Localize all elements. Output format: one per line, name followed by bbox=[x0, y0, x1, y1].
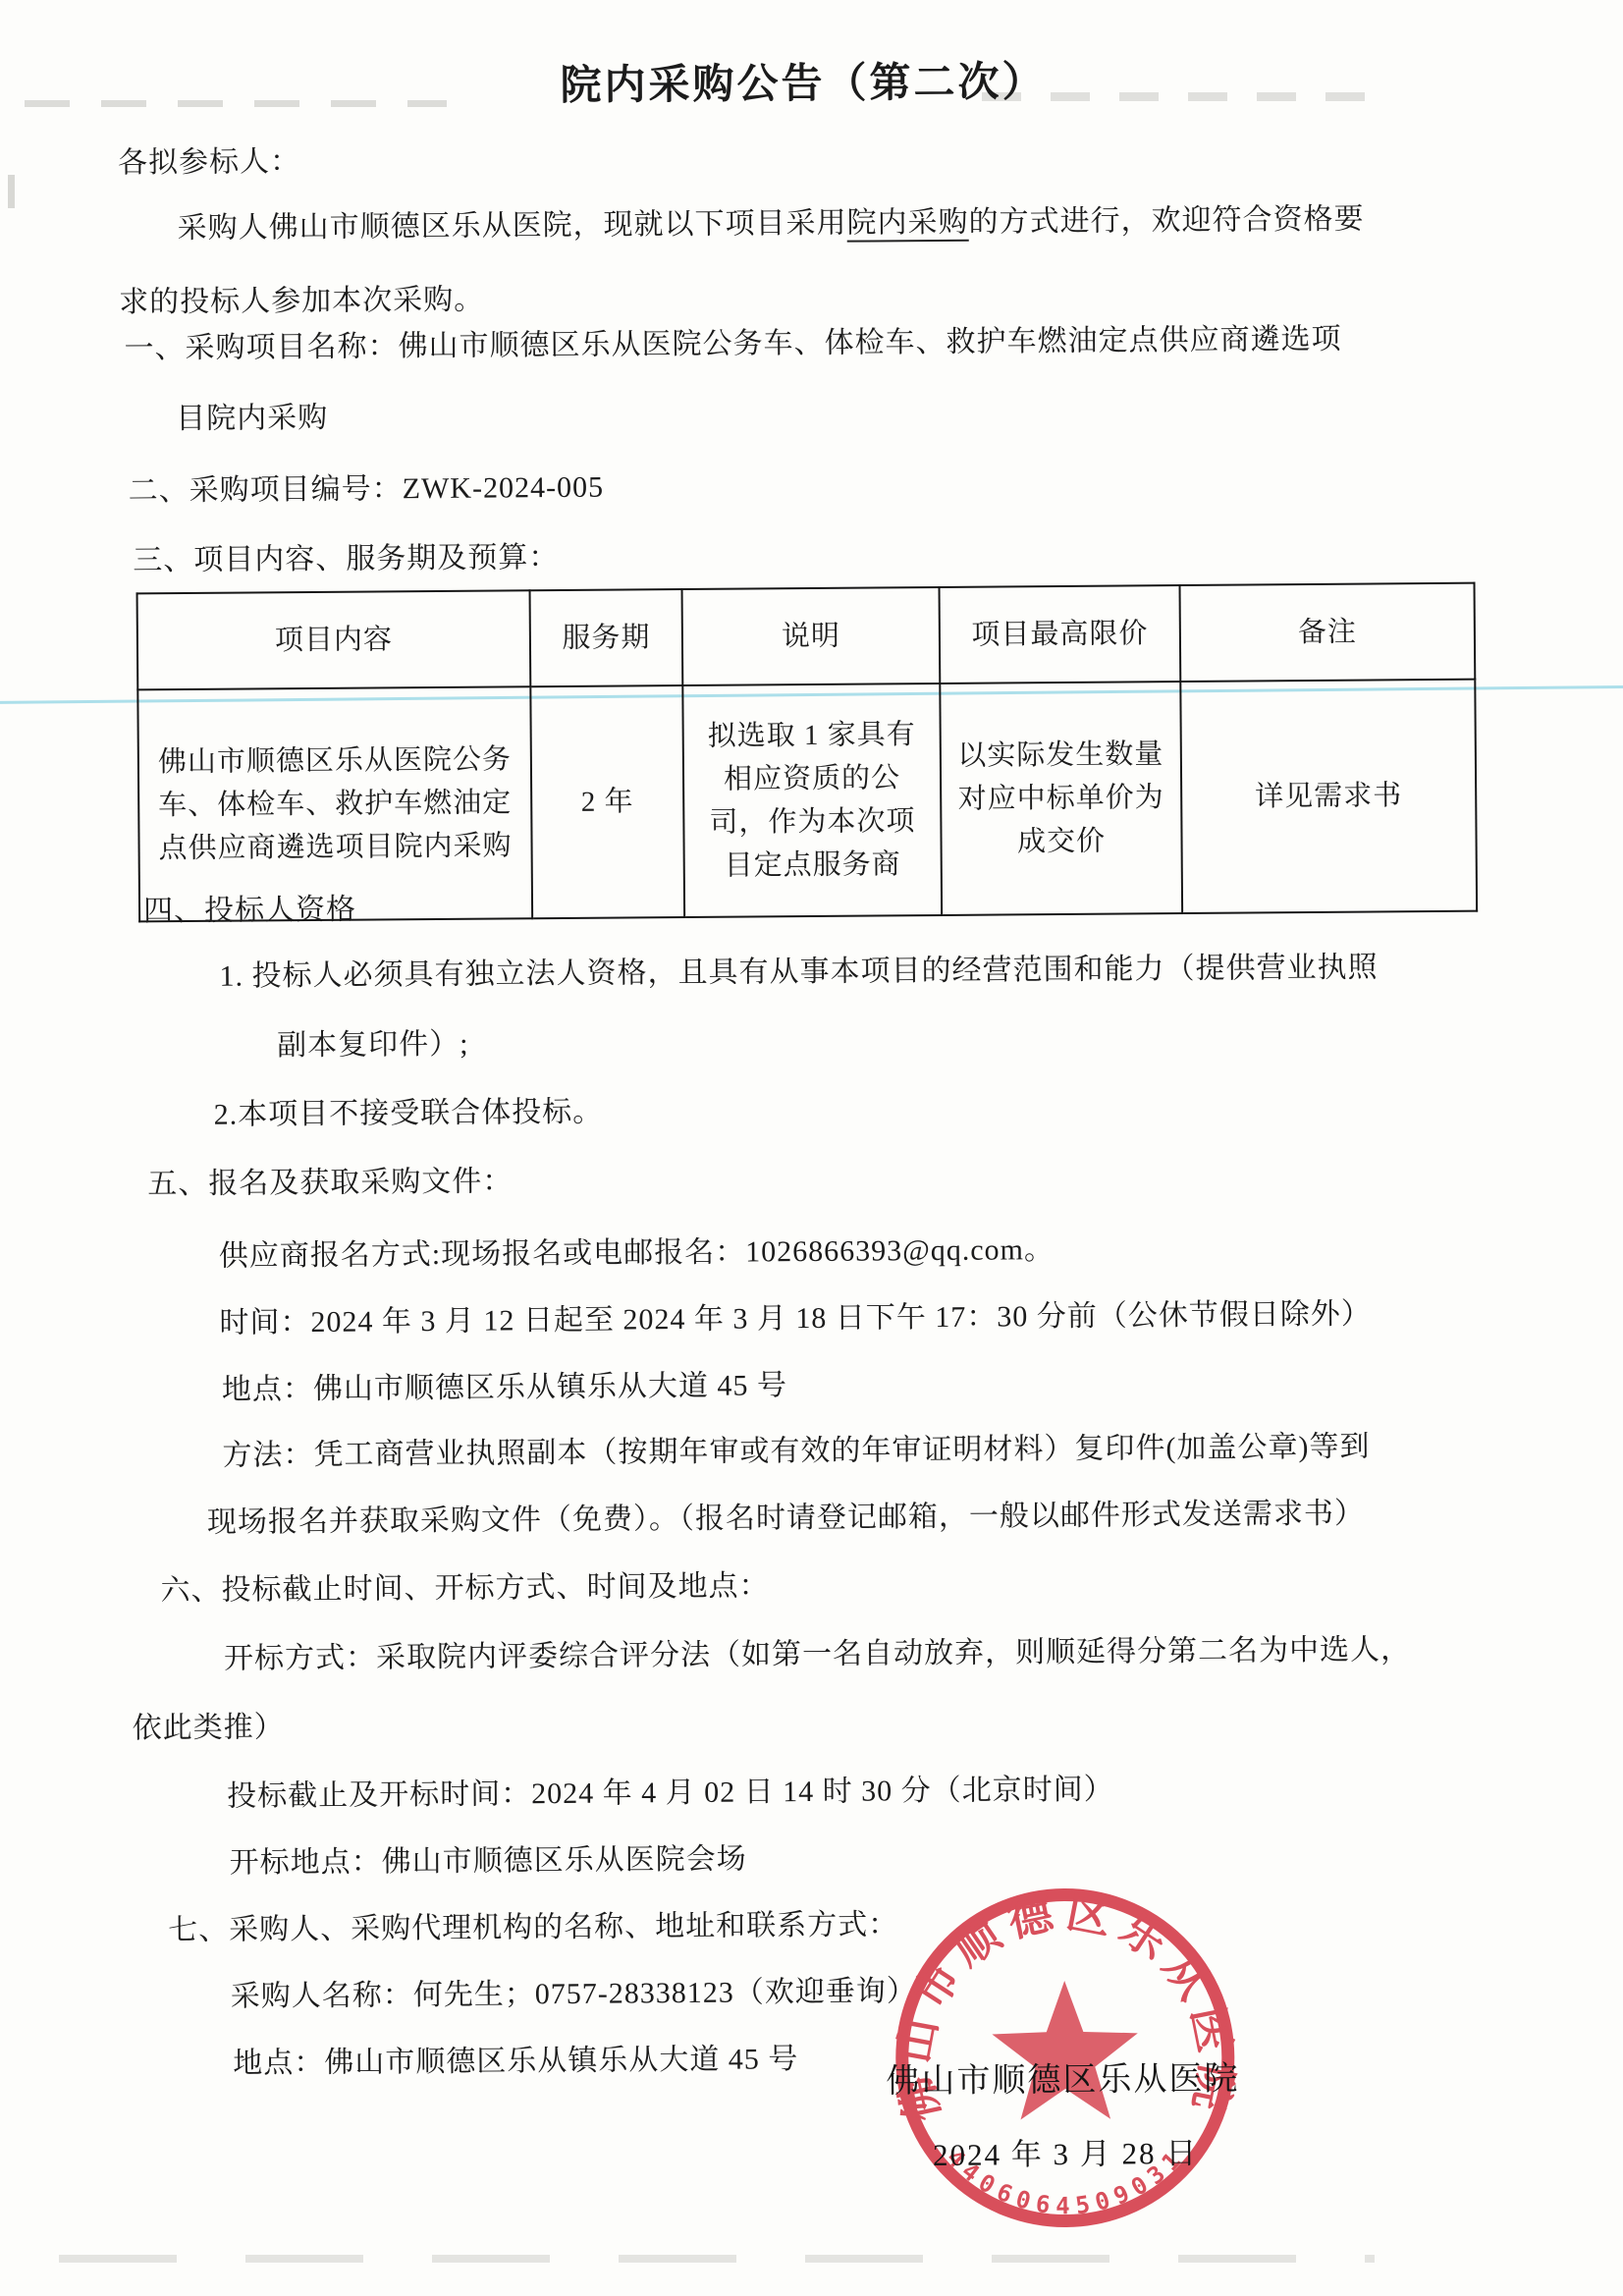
section4-item1-line-1: 1. 投标人必须具有独立法人资格，且具有从事本项目的经营范围和能力（提供营业执照 bbox=[219, 950, 1378, 994]
table-cell-max-price: 以实际发生数量对应中标单价为成交价 bbox=[940, 682, 1182, 915]
table-header-max-price: 项目最高限价 bbox=[940, 585, 1181, 683]
section1-line-2: 目院内采购 bbox=[176, 401, 328, 437]
section5-heading: 五、报名及获取采购文件： bbox=[147, 1164, 513, 1202]
section7-line-1: 采购人名称：何先生；0757-28338123（欢迎垂询） bbox=[231, 1974, 917, 2014]
table-cell-description: 拟选取 1 家具有相应资质的公司，作为本次项目定点服务商 bbox=[682, 683, 942, 917]
section4-heading: 四、投标人资格 bbox=[143, 893, 356, 930]
document-page: 院内采购公告（第二次） 各拟参标人： 采购人佛山市顺德区乐从医院，现就以下项目采… bbox=[0, 0, 1623, 2296]
section2-line: 二、采购项目编号：ZWK-2024-005 bbox=[129, 470, 605, 510]
section4-item1-line-2: 副本复印件）; bbox=[277, 1027, 469, 1065]
section6-line-2: 依此类推） bbox=[132, 1710, 284, 1746]
section5-line-5: 现场报名并获取采购文件（免费）。（报名时请登记邮箱，一般以邮件形式发送需求书） bbox=[207, 1497, 1365, 1541]
intro-line-2: 求的投标人参加本次采购。 bbox=[119, 283, 484, 321]
table-header-row: 项目内容 服务期 说明 项目最高限价 备注 bbox=[137, 583, 1476, 690]
salutation-line: 各拟参标人： bbox=[118, 144, 300, 181]
section5-line-3: 地点：佛山市顺德区乐从镇乐从大道 45 号 bbox=[222, 1368, 787, 1408]
table-cell-service-period: 2 年 bbox=[530, 685, 684, 918]
section3-line: 三、项目内容、服务期及预算： bbox=[133, 540, 559, 578]
project-spec-table: 项目内容 服务期 说明 项目最高限价 备注 佛山市顺德区乐从医院公务车、体检车、… bbox=[136, 582, 1479, 923]
intro-suffix: 的方式进行，欢迎符合资格要 bbox=[968, 203, 1364, 239]
section7-line-2: 地点：佛山市顺德区乐从镇乐从大道 45 号 bbox=[233, 2042, 798, 2082]
section1-line-1: 一、采购项目名称：佛山市顺德区乐从医院公务车、体检车、救护车燃油定点供应商遴选项 bbox=[124, 322, 1341, 367]
table-header-description: 说明 bbox=[682, 587, 941, 685]
section6-line-4: 开标地点：佛山市顺德区乐从医院会场 bbox=[230, 1842, 747, 1882]
section5-line-1: 供应商报名方式:现场报名或电邮报名：1026866393@qq.com。 bbox=[219, 1232, 1055, 1275]
section6-heading: 六、投标截止时间、开标方式、时间及地点： bbox=[160, 1568, 769, 1609]
document-sheet: 院内采购公告（第二次） 各拟参标人： 采购人佛山市顺德区乐从医院，现就以下项目采… bbox=[0, 0, 1623, 2296]
page-title: 院内采购公告（第二次） bbox=[0, 45, 1615, 117]
table-header-content: 项目内容 bbox=[137, 590, 531, 689]
section4-item2: 2.本项目不接受联合体投标。 bbox=[214, 1095, 604, 1133]
section6-line-1: 开标方式：采取院内评委综合评分法（如第一名自动放弃，则顺延得分第二名为中选人， bbox=[224, 1632, 1411, 1676]
table-header-remark: 备注 bbox=[1180, 583, 1476, 682]
intro-line-1: 采购人佛山市顺德区乐从医院，现就以下项目采用院内采购的方式进行，欢迎符合资格要 bbox=[177, 202, 1364, 246]
table-row: 佛山市顺德区乐从医院公务车、体检车、救护车燃油定点供应商遴选项目院内采购 2 年… bbox=[137, 680, 1477, 922]
signature-date-line: 2024 年 3 月 28 日 bbox=[933, 2128, 1199, 2174]
signature-org-line: 佛山市顺德区乐从医院 bbox=[886, 2051, 1239, 2103]
section5-line-2: 时间：2024 年 3 月 12 日起至 2024 年 3 月 18 日下午 1… bbox=[219, 1297, 1372, 1341]
section5-line-4: 方法：凭工商营业执照副本（按期年审或有效的年审证明材料）复印件(加盖公章)等到 bbox=[222, 1430, 1370, 1474]
table-cell-content: 佛山市顺德区乐从医院公务车、体检车、救护车燃油定点供应商遴选项目院内采购 bbox=[137, 686, 532, 921]
section6-line-3: 投标截止及开标时间：2024 年 4 月 02 日 14 时 30 分（北京时间… bbox=[227, 1773, 1114, 1815]
table-cell-remark: 详见需求书 bbox=[1180, 680, 1477, 913]
section7-heading: 七、采购人、采购代理机构的名称、地址和联系方式： bbox=[168, 1907, 898, 1948]
intro-prefix: 采购人佛山市顺德区乐从医院，现就以下项目采用 bbox=[177, 207, 846, 245]
intro-underlined-term: 院内采购 bbox=[846, 206, 968, 243]
table-header-service-period: 服务期 bbox=[530, 589, 683, 686]
